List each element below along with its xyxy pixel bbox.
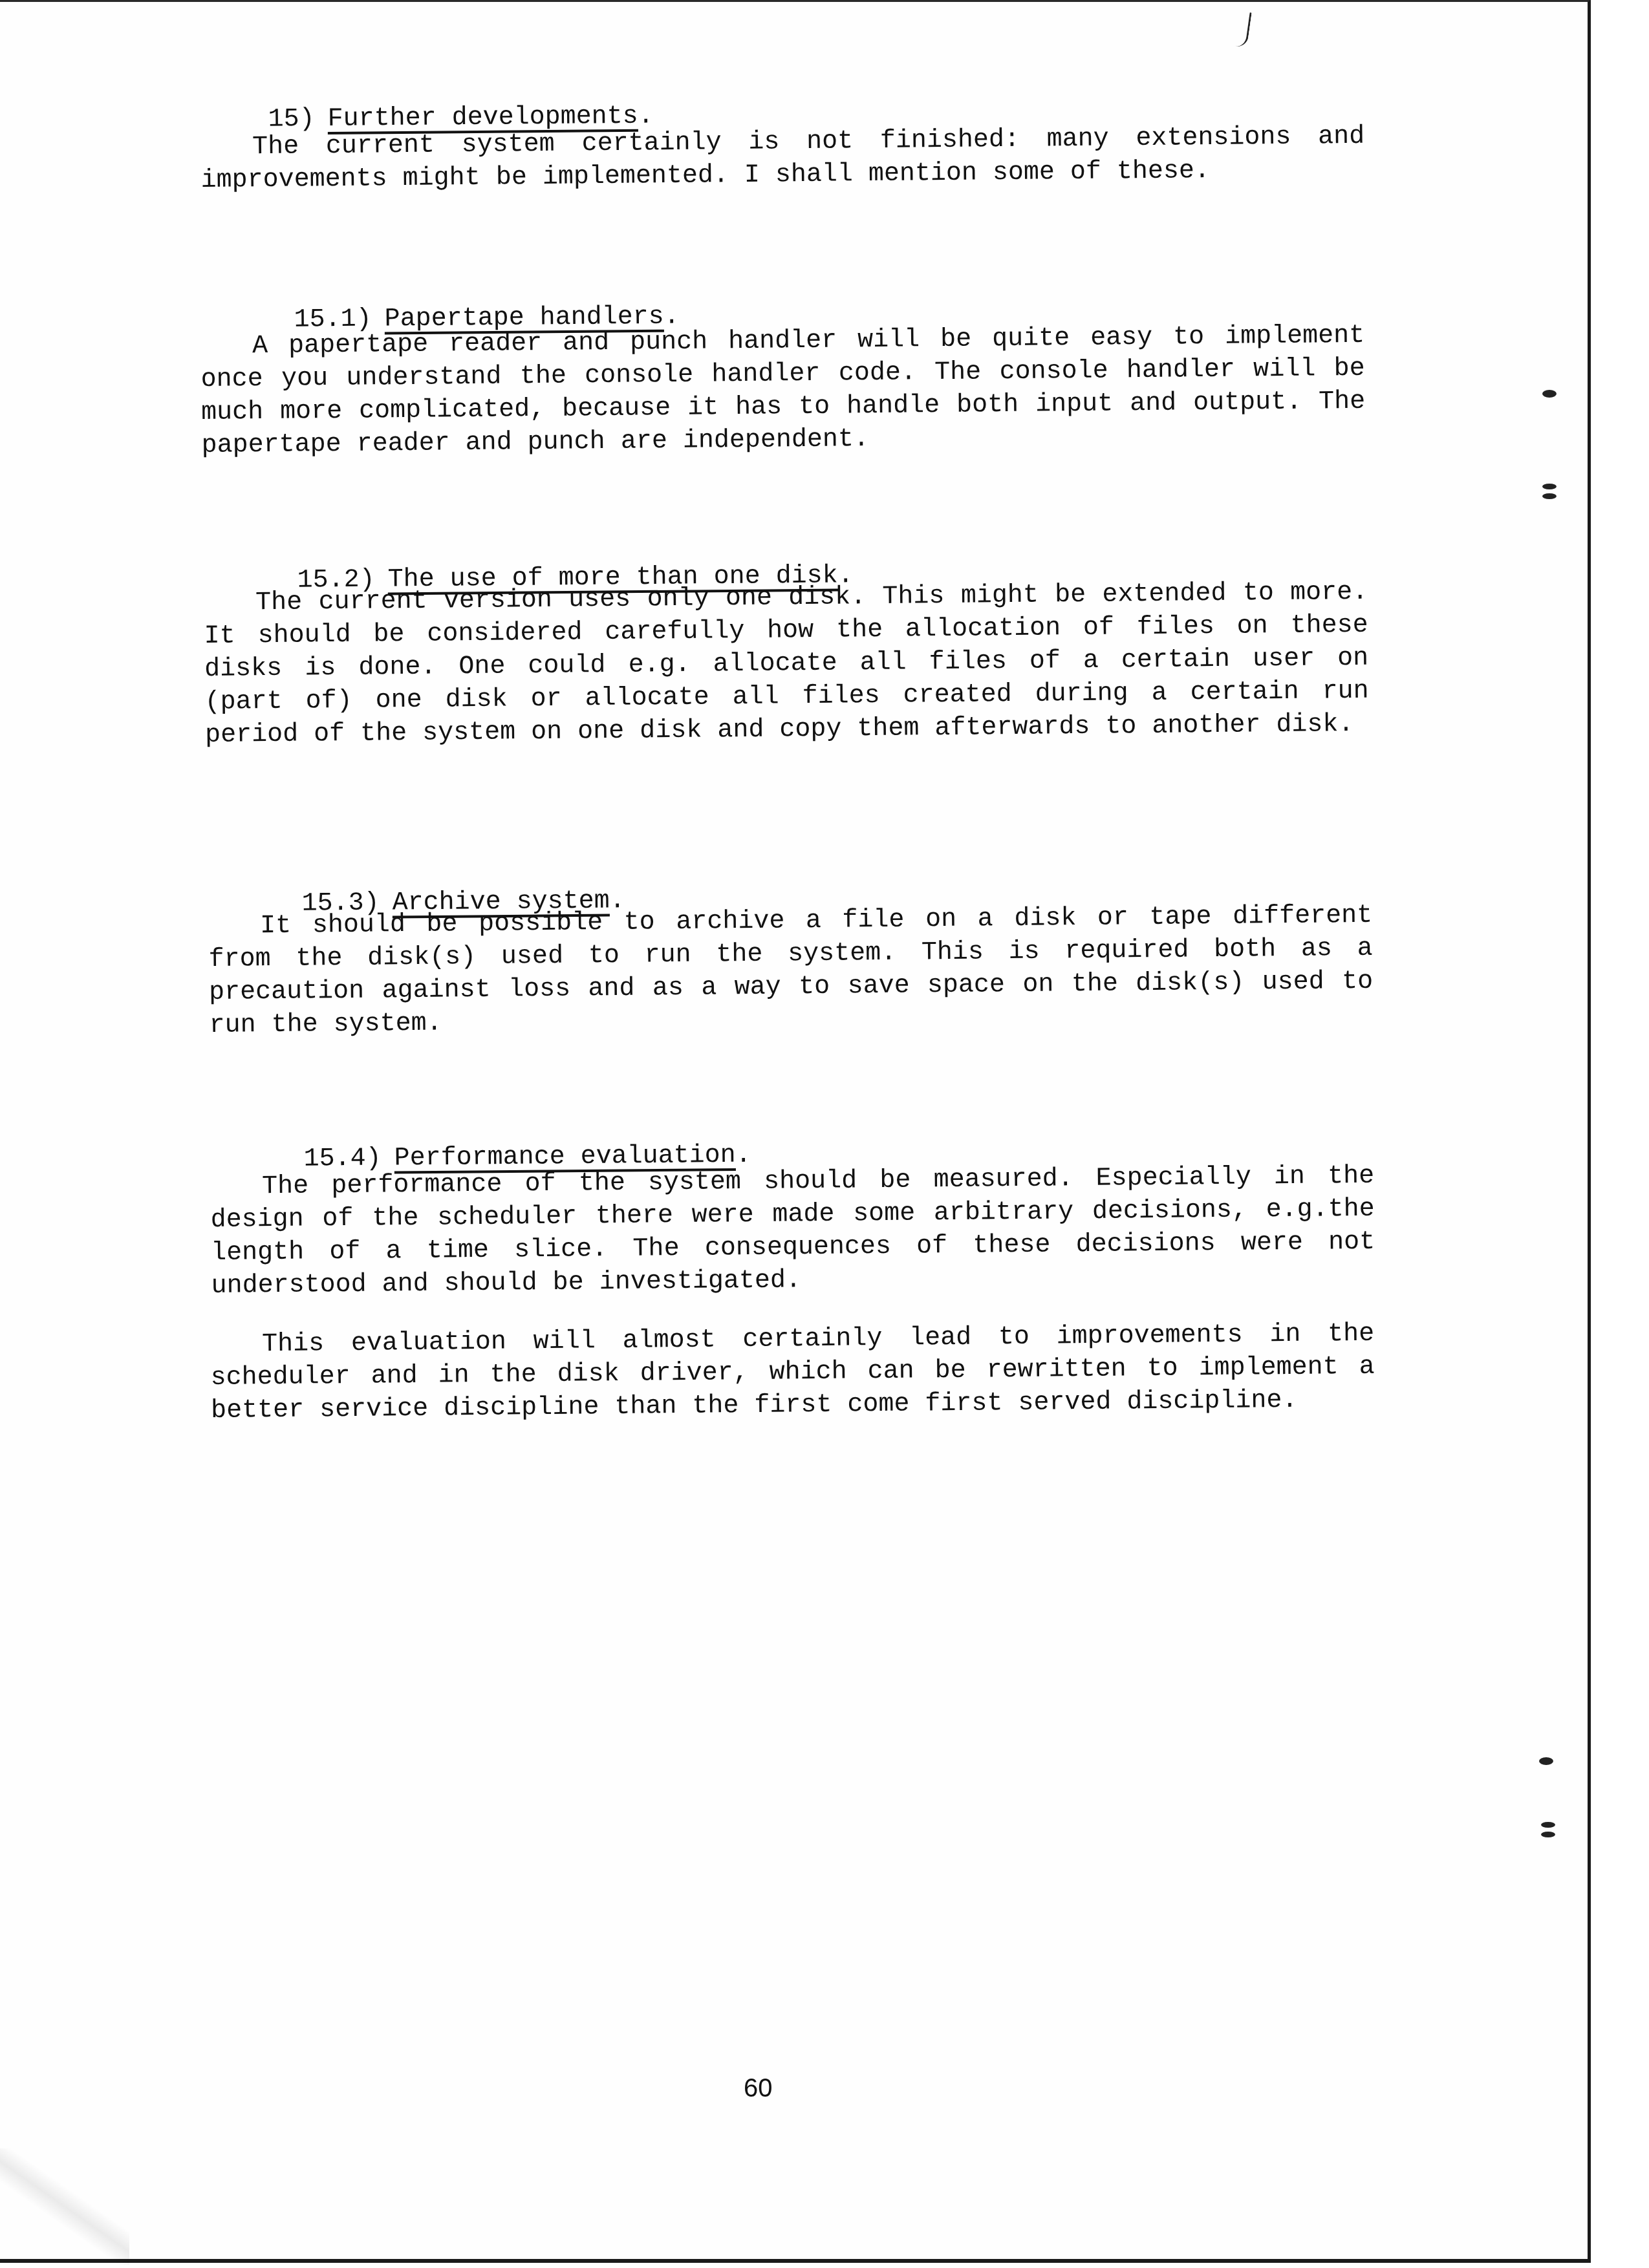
scan-smudge bbox=[0, 2148, 129, 2265]
intro-paragraph-block: The current system certainly is not fini… bbox=[200, 131, 1364, 197]
punch-hole-mark bbox=[1541, 1822, 1555, 1828]
section-paragraph: This evaluation will almost certainly le… bbox=[210, 1318, 1375, 1428]
scan-background bbox=[1591, 0, 1649, 2268]
section-body-15-4-p2: This evaluation will almost certainly le… bbox=[210, 1329, 1374, 1428]
punch-hole-mark bbox=[1541, 1832, 1555, 1837]
section-paragraph: The current version uses only one disk. … bbox=[204, 576, 1369, 752]
section-body-15-4-p1: The performance of the system should be … bbox=[210, 1171, 1374, 1303]
section-body-15-2: The current version uses only one disk. … bbox=[204, 587, 1368, 752]
intro-paragraph: The current system certainly is not fini… bbox=[200, 120, 1365, 197]
section-paragraph: It should be possible to archive a file … bbox=[208, 899, 1374, 1042]
page-number: 60 bbox=[744, 2074, 773, 2103]
section-paragraph: The performance of the system should be … bbox=[210, 1160, 1375, 1303]
document-page: 15)Further developments. The current sys… bbox=[0, 0, 1591, 2263]
pen-mark bbox=[1236, 11, 1251, 48]
section-body-15-3: It should be possible to archive a file … bbox=[208, 910, 1372, 1042]
punch-hole-mark bbox=[1542, 493, 1557, 499]
punch-hole-mark bbox=[1539, 1757, 1553, 1765]
section-body-15-1: A papertape reader and punch handler wil… bbox=[200, 330, 1364, 462]
punch-hole-mark bbox=[1542, 390, 1557, 398]
punch-hole-mark bbox=[1542, 484, 1557, 489]
section-paragraph: A papertape reader and punch handler wil… bbox=[200, 319, 1366, 462]
